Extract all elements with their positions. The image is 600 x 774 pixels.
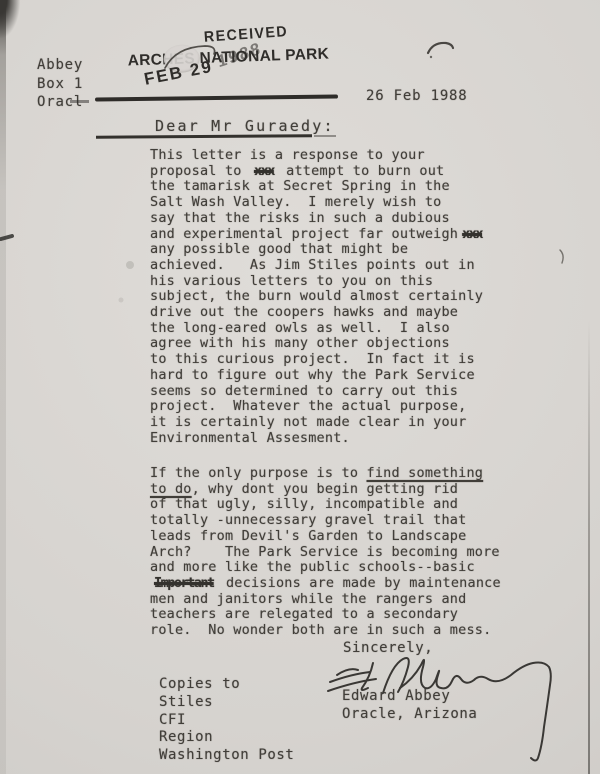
- text-segment: the tamarisk at Secret Spring in the: [150, 178, 450, 194]
- salutation-underline: [96, 134, 312, 138]
- typed-line: Environmental Assesment.: [150, 431, 486, 447]
- typed-line: Important decisions are made by maintena…: [150, 576, 501, 592]
- text-segment: This letter is a response to your: [150, 147, 425, 163]
- closing-sincerely: Sincerely,: [343, 640, 433, 656]
- text-segment: it is certainly not made clear in your: [150, 414, 466, 430]
- scan-left-edge-shadow: [0, 0, 6, 774]
- text-segment: proposal to: [150, 163, 250, 179]
- typed-line: role. No wonder both are in such a mess.: [150, 623, 501, 639]
- typed-line: hard to figure out why the Park Service: [150, 368, 486, 384]
- salutation: Dear Mr Guraedy:: [155, 117, 335, 135]
- scanned-letter-page: AbbeyBox 1Oracl RECEIVED ARCHES NATIONAL…: [0, 0, 600, 774]
- text-segment: and more like the public schools--basic: [150, 559, 475, 575]
- underlined-text: to do: [150, 481, 192, 497]
- text-segment: any possible good that might be: [150, 241, 408, 257]
- typed-line: his various letters to you on this: [150, 274, 486, 290]
- sender-block: AbbeyBox 1Oracl: [37, 56, 83, 112]
- text-segment: role. No wonder both are in such a mess.: [150, 622, 491, 638]
- text-segment: men and janitors while the rangers and: [150, 591, 466, 607]
- paper-crease-line: [588, 320, 590, 774]
- text-segment: say that the risks in such a dubious: [150, 210, 450, 226]
- text-segment: Environmental Assesment.: [150, 430, 350, 446]
- typed-name: Edward Abbey: [342, 687, 477, 705]
- smudge-mark: [119, 298, 124, 303]
- text-segment: project. Whatever the actual purpose,: [150, 398, 466, 414]
- underlined-text: find something: [367, 465, 484, 481]
- body-paragraph-1: This letter is a response to yourproposa…: [150, 148, 486, 446]
- text-segment: totally -unnecessary gravel trail that: [150, 512, 466, 528]
- typed-line: achieved. As Jim Stiles points out in: [150, 258, 486, 274]
- typed-line: agree with his many other objections: [150, 336, 486, 352]
- typed-line: leads from Devil's Garden to Landscape: [150, 529, 501, 545]
- text-segment: Salt Wash Valley. I merely wish to: [150, 194, 441, 210]
- typed-line: say that the risks in such a dubious: [150, 211, 486, 227]
- pen-mark-top-right: [428, 43, 453, 53]
- typed-line: If the only purpose is to find something: [150, 466, 501, 482]
- text-segment: teachers are relegated to a secondary: [150, 606, 458, 622]
- typed-line: drive out the coopers hawks and maybe: [150, 305, 486, 321]
- typed-line: Box 1: [37, 75, 83, 94]
- text-segment: drive out the coopers hawks and maybe: [150, 304, 458, 320]
- struck-text: xxx: [458, 226, 486, 242]
- text-segment: and experimental project far outweigh: [150, 226, 458, 242]
- stamp-underline-dash: [70, 100, 89, 103]
- copies-block: Copies toStilesCFIRegionWashington Post: [159, 676, 294, 765]
- text-segment: achieved. As Jim Stiles points out in: [150, 257, 475, 273]
- text-segment: attempt to burn out: [278, 163, 445, 179]
- text-segment: seems so determined to carry out this: [150, 383, 458, 399]
- typed-line: and more like the public schools--basic: [150, 560, 501, 576]
- salutation-underline-tail: [314, 135, 336, 137]
- typed-line: Arch? The Park Service is becoming more: [150, 545, 501, 561]
- text-segment: decisions are made by maintenance: [218, 575, 501, 591]
- typed-line: it is certainly not made clear in your: [150, 415, 486, 431]
- typed-line: project. Whatever the actual purpose,: [150, 399, 486, 415]
- smudge-mark: [126, 261, 134, 269]
- typed-line: Abbey: [37, 56, 83, 75]
- text-segment: Arch? The Park Service is becoming more: [150, 544, 500, 560]
- typed-line: teachers are relegated to a secondary: [150, 607, 501, 623]
- typed-line: Region: [159, 729, 294, 747]
- text-segment: the long-eared owls as well. I also: [150, 320, 450, 336]
- typed-line: Copies to: [159, 676, 294, 694]
- typed-line: any possible good that might be: [150, 242, 486, 258]
- typed-line: to this curious project. In fact it is: [150, 352, 486, 368]
- typed-line: and experimental project far outweighxxx: [150, 227, 486, 243]
- text-segment: to this curious project. In fact it is: [150, 351, 475, 367]
- text-segment: agree with his many other objections: [150, 335, 450, 351]
- struck-text: xxx: [250, 163, 278, 179]
- struck-text: Important: [150, 575, 218, 591]
- typed-line: Washington Post: [159, 747, 294, 765]
- text-segment: subject, the burn would almost certainly: [150, 288, 483, 304]
- text-segment: leads from Devil's Garden to Landscape: [150, 528, 466, 544]
- closing-typed-names: Edward Abbey Oracle, Arizona: [342, 687, 477, 723]
- text-segment: of that ugly, silly, incompatible and: [150, 496, 458, 512]
- typed-line: seems so determined to carry out this: [150, 384, 486, 400]
- typed-line: totally -unnecessary gravel trail that: [150, 513, 501, 529]
- typed-line: subject, the burn would almost certainly: [150, 289, 486, 305]
- scan-corner-shadow: [0, 0, 20, 38]
- typed-line: the tamarisk at Secret Spring in the: [150, 179, 486, 195]
- typed-line: Salt Wash Valley. I merely wish to: [150, 195, 486, 211]
- typed-line: of that ugly, silly, incompatible and: [150, 497, 501, 513]
- text-segment: hard to figure out why the Park Service: [150, 367, 475, 383]
- typed-line: This letter is a response to your: [150, 148, 486, 164]
- typed-location: Oracle, Arizona: [342, 705, 477, 723]
- body-paragraph-2: If the only purpose is to find something…: [150, 466, 501, 639]
- typed-line: CFI: [159, 712, 294, 730]
- text-segment: , why dont you begin getting rid: [192, 481, 459, 497]
- text-segment: If the only purpose is to: [150, 465, 367, 481]
- typed-line: Stiles: [159, 694, 294, 712]
- typed-line: men and janitors while the rangers and: [150, 592, 501, 608]
- pen-dot-top-right: [430, 56, 432, 58]
- text-segment: his various letters to you on this: [150, 273, 433, 289]
- letter-date: 26 Feb 1988: [366, 88, 468, 104]
- pen-mark-mid-right: [560, 250, 563, 263]
